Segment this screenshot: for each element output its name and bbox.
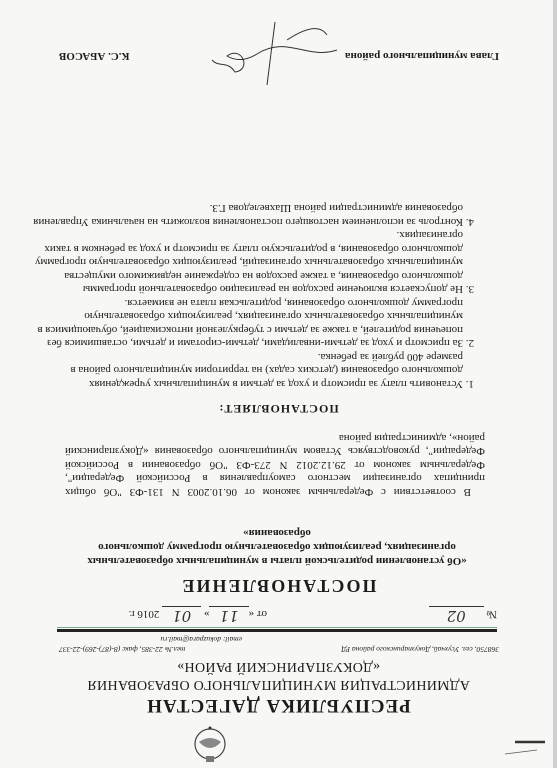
signature-block: Глава муниципального района К.С. АБАСОВ [59, 50, 499, 62]
resolution-item: За присмотр и уход за детьми-инвалидами,… [33, 296, 463, 350]
handwritten-day: 11 [209, 606, 248, 625]
signatory-name: К.С. АБАСОВ [59, 50, 129, 62]
year: 2016 г. [129, 608, 160, 620]
resolution-items: Установить плату за присмотр и уход за д… [33, 201, 485, 390]
header-divider-accent [57, 627, 497, 628]
handwritten-month: 01 [162, 606, 201, 625]
preamble: В соответствии с Федеральным законом от … [65, 431, 485, 499]
republic-heading: РЕСПУБЛИКА ДАГЕСТАН [0, 694, 557, 716]
email: email: dokuzpara@mail.ru [161, 635, 242, 644]
phone: тел.№ 22-385, факс (8-(87)-269)-22-337 [59, 645, 185, 654]
resolution-item: Установить плату за присмотр и уход за д… [33, 350, 463, 391]
handwritten-number: 02 [429, 606, 484, 625]
document-number: № 02 [429, 607, 497, 625]
coat-of-arms-icon [191, 720, 229, 768]
address: 368750, сел. Усухчай, Докузпаринского ра… [341, 645, 499, 654]
header-divider [57, 629, 497, 632]
resolves-heading: ПОСТАНОВЛЯЕТ: [0, 401, 557, 416]
resolution-item: Контроль за исполнением настоящего поста… [33, 201, 463, 228]
contact-line: 368750, сел. Усухчай, Докузпаринского ра… [59, 645, 499, 654]
administration-heading: АДМИНИСТРАЦИЯ МУНИЦИПАЛЬНОГО ОБРАЗОВАНИЯ [0, 676, 557, 692]
document-subject: «Об установлении родительской платы в му… [77, 526, 477, 568]
signatory-position: Глава муниципального района [345, 50, 499, 62]
scan-edge [553, 0, 557, 768]
pen-mark-icon [489, 738, 549, 756]
scanned-document-page: РЕСПУБЛИКА ДАГЕСТАН АДМИНИСТРАЦИЯ МУНИЦИ… [0, 0, 557, 768]
district-heading: «ДОКУЗПАРИНСКИЙ РАЙОН» [0, 658, 557, 674]
resolution-item: Не допускается включение расходов на реа… [33, 228, 463, 296]
document-date: от «11» 01 2016 г. [129, 607, 267, 625]
document-title: ПОСТАНОВЛЕНИЕ [0, 575, 557, 596]
